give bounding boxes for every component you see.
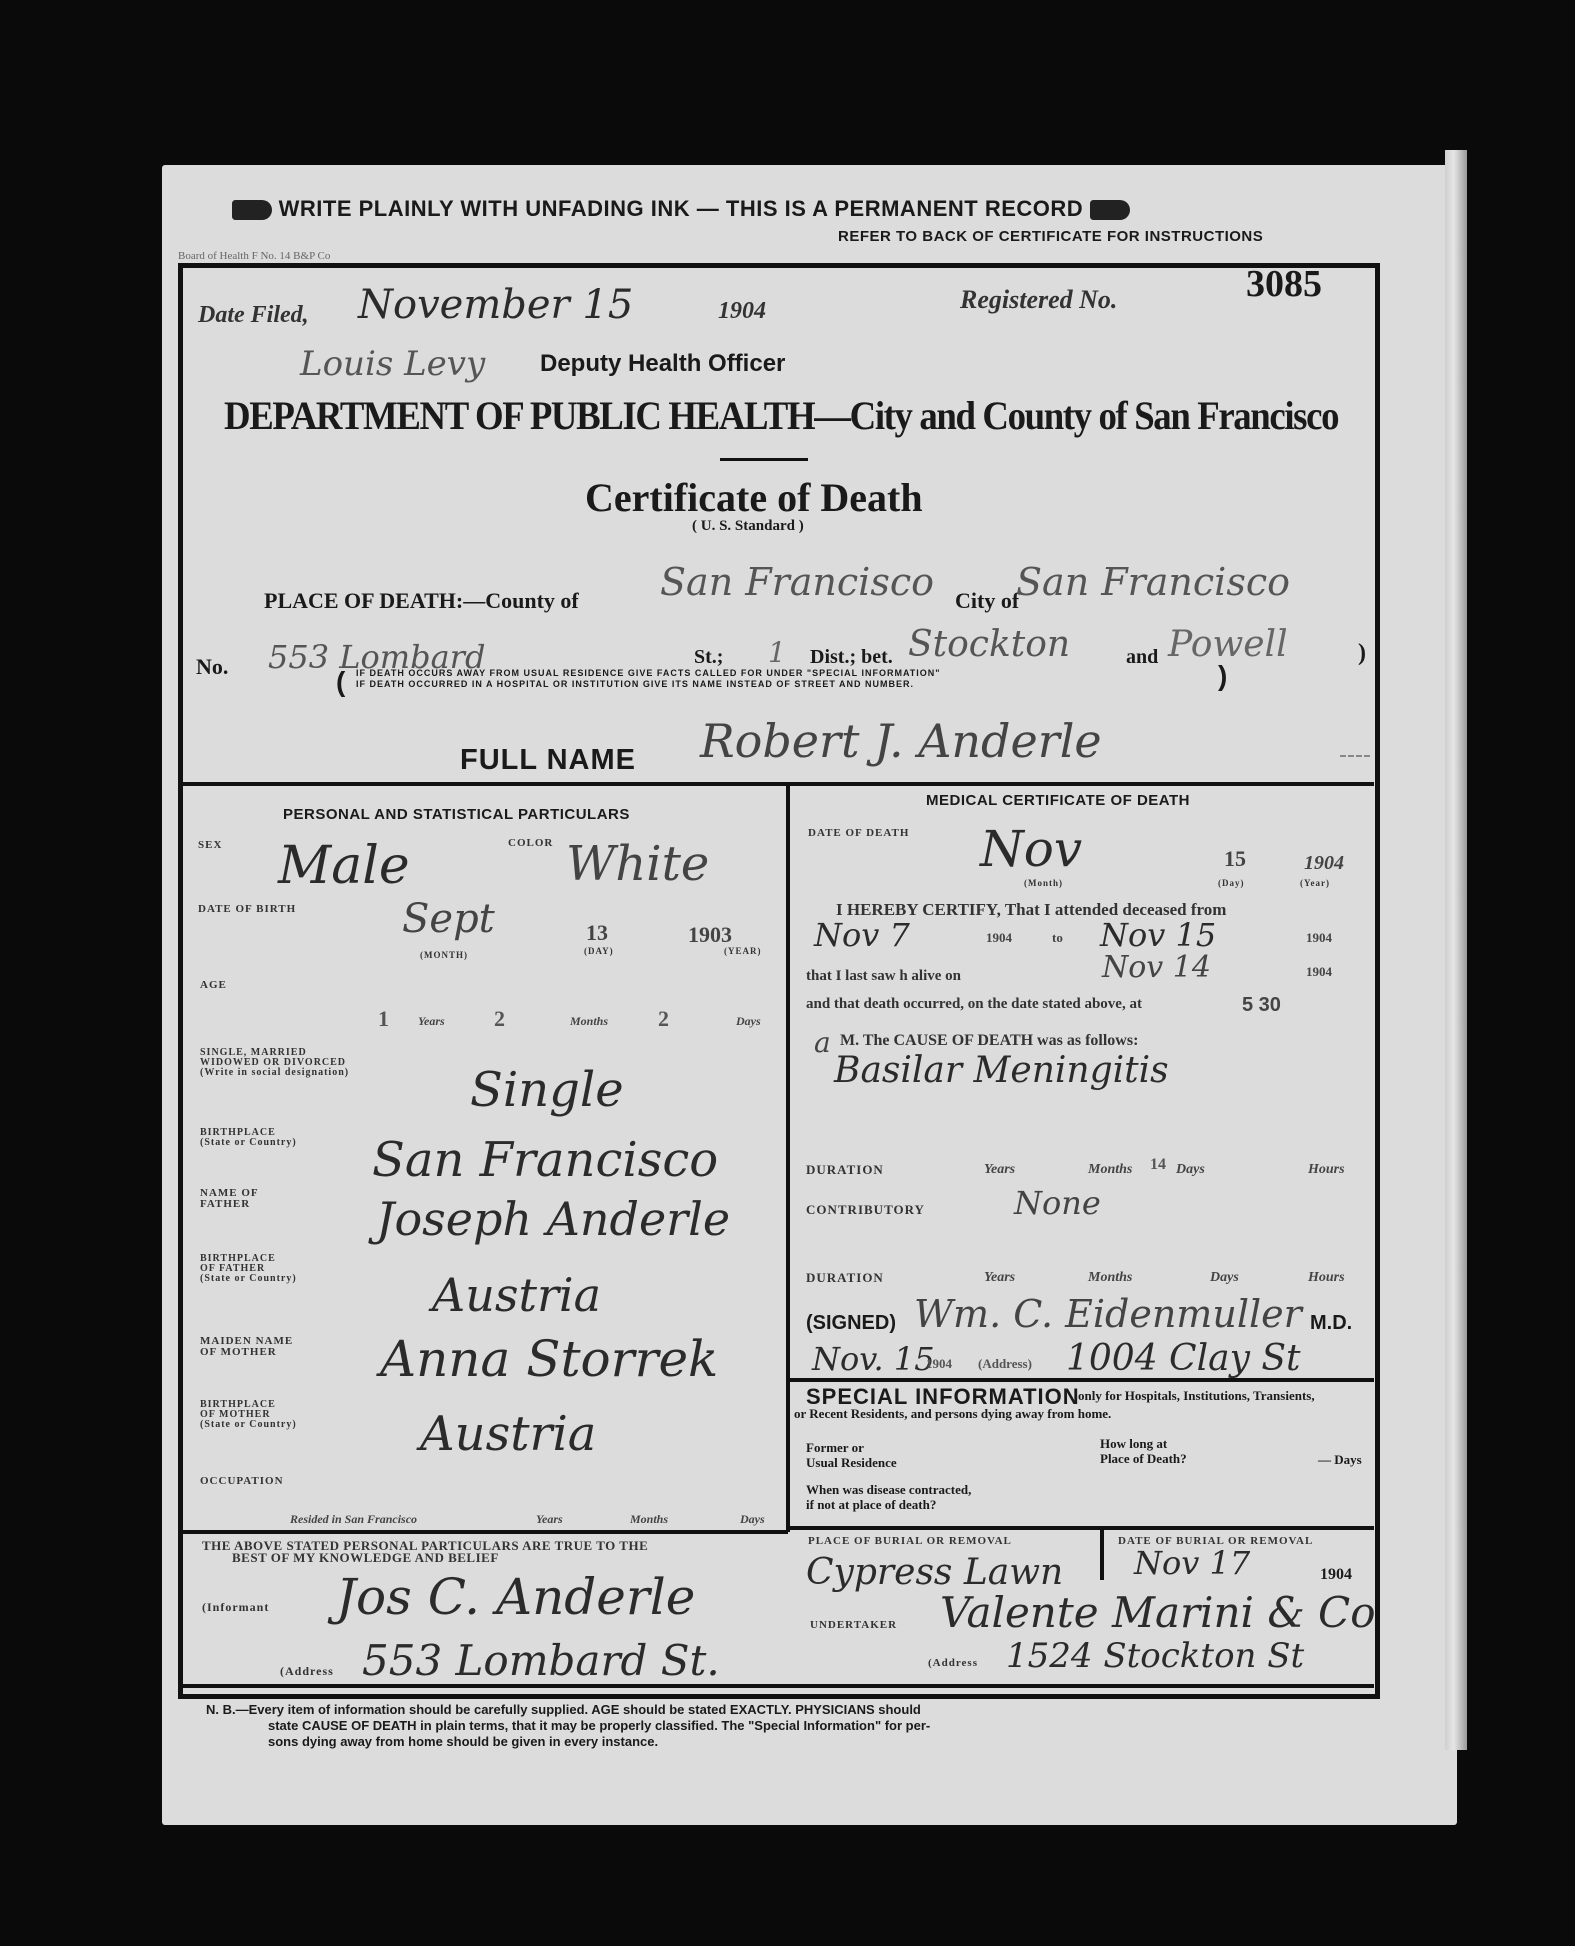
- special-info-subtitle-2: or Recent Residents, and persons dying a…: [794, 1406, 1111, 1422]
- dod-month-caption: (Month): [1024, 878, 1063, 889]
- former-residence-label: Former or Usual Residence: [806, 1440, 897, 1470]
- dob-year-caption: (Year): [724, 946, 762, 957]
- undertaker-label: UNDERTAKER: [810, 1620, 897, 1631]
- pointing-hand-icon: [232, 200, 272, 220]
- duration-years-label: Years: [984, 1162, 1015, 1178]
- mother-label: MAIDEN NAME OF MOTHER: [200, 1336, 293, 1358]
- place-of-death-label: PLACE OF DEATH:—County of: [264, 588, 579, 614]
- note-paren: (: [336, 666, 345, 698]
- birthplace-label: BIRTHPLACE (State or Country): [200, 1128, 297, 1148]
- marital-value: Single: [470, 1062, 624, 1118]
- printer-line: Board of Health F No. 14 B&P Co: [178, 250, 330, 262]
- undertaker-address-label: (Address: [928, 1658, 978, 1669]
- informant-address: 553 Lombard St.: [362, 1636, 720, 1685]
- how-long-label: How long at Place of Death?: [1100, 1436, 1187, 1466]
- close-paren: ): [1358, 640, 1366, 667]
- mother-birthplace: Austria: [420, 1406, 596, 1462]
- ink-instruction: WRITE PLAINLY WITH UNFADING INK — THIS I…: [232, 196, 1130, 222]
- district-value: 1: [768, 636, 786, 669]
- dob-day: 13: [586, 920, 608, 946]
- refer-back-note: REFER TO BACK OF CERTIFICATE FOR INSTRUC…: [838, 228, 1263, 245]
- registered-number: 3085: [1246, 262, 1322, 306]
- medical-section-title: MEDICAL CERTIFICATE OF DEATH: [926, 792, 1190, 809]
- age-label: AGE: [200, 980, 227, 991]
- physician-signature: Wm. C. Eidenmuller: [914, 1292, 1302, 1336]
- father-name: Joseph Anderle: [376, 1192, 730, 1246]
- father-birthplace: Austria: [432, 1268, 601, 1322]
- county-value: San Francisco: [660, 560, 934, 604]
- officer-title: Deputy Health Officer: [540, 350, 785, 378]
- dob-month-caption: (Month): [420, 950, 468, 961]
- special-info-subtitle-1: only for Hospitals, Institutions, Transi…: [1078, 1388, 1315, 1404]
- marital-label: SINGLE, MARRIED WIDOWED OR DIVORCED (Wri…: [200, 1048, 349, 1078]
- informant-statement: THE ABOVE STATED PERSONAL PARTICULARS AR…: [202, 1540, 648, 1564]
- sex-label: SEX: [198, 840, 222, 851]
- contracted-label: When was disease contracted, if not at p…: [806, 1482, 971, 1512]
- dob-label: DATE OF BIRTH: [198, 904, 296, 915]
- burial-column-divider: [1100, 1526, 1104, 1580]
- age-years: 1: [378, 1006, 389, 1032]
- duration-hours-label: Hours: [1308, 1162, 1345, 1178]
- full-name-value: Robert J. Anderle: [700, 714, 1102, 768]
- and-label: and: [1126, 646, 1158, 669]
- date-filed-value: November 15: [358, 282, 633, 328]
- how-long-unit: — Days: [1318, 1452, 1362, 1468]
- md-label: M.D.: [1310, 1312, 1352, 1335]
- city-label: City of: [955, 588, 1019, 614]
- dob-day-caption: (Day): [584, 946, 614, 957]
- certificate-subtitle: ( U. S. Standard ): [692, 518, 804, 535]
- between-street-1: Stockton: [908, 624, 1070, 665]
- duration2-label: DURATION: [806, 1272, 884, 1283]
- attended-to: Nov 15: [1100, 916, 1216, 954]
- burial-date: Nov 17: [1134, 1544, 1250, 1582]
- physician-address-label: (Address): [978, 1356, 1032, 1372]
- personal-section-title: PERSONAL AND STATISTICAL PARTICULARS: [283, 806, 630, 823]
- occurred-text: and that death occurred, on the date sta…: [806, 996, 1142, 1013]
- district-label: Dist.; bet.: [810, 646, 893, 669]
- informant-divider: [182, 1530, 788, 1534]
- informant-name: Jos C. Anderle: [336, 1568, 695, 1626]
- dod-month: Nov: [980, 820, 1082, 878]
- duration2-months-label: Months: [1088, 1270, 1132, 1286]
- resided-months: Months: [630, 1512, 668, 1527]
- undertaker-name: Valente Marini & Co: [940, 1588, 1375, 1637]
- registered-label: Registered No.: [960, 285, 1117, 315]
- dob-month: Sept: [402, 896, 495, 942]
- informant-address-label: (Address: [280, 1666, 334, 1677]
- signed-year: 1904: [926, 1356, 952, 1372]
- age-years-caption: Years: [418, 1014, 445, 1029]
- sex-value: Male: [278, 836, 410, 896]
- signed-label: (SIGNED): [806, 1312, 896, 1335]
- duration-label: DURATION: [806, 1164, 884, 1175]
- age-days-caption: Days: [736, 1014, 761, 1029]
- father-birthplace-label: BIRTHPLACE OF FATHER (State or Country): [200, 1254, 297, 1284]
- dod-day-caption: (Day): [1218, 878, 1245, 889]
- attended-to-year: 1904: [1306, 930, 1332, 946]
- color-value: White: [566, 836, 709, 892]
- duration-days: 14: [1150, 1156, 1166, 1174]
- duration-months-label: Months: [1088, 1162, 1132, 1178]
- divider: [720, 458, 808, 461]
- attended-from: Nov 7: [814, 916, 910, 954]
- informant-label: (Informant: [202, 1602, 269, 1613]
- meridian: a: [814, 1026, 831, 1059]
- note-paren-close: ): [1218, 660, 1227, 692]
- attended-from-year: 1904: [986, 930, 1012, 946]
- father-label: NAME OF FATHER: [200, 1188, 259, 1210]
- color-label: COLOR: [508, 838, 553, 849]
- section-divider: [182, 782, 1374, 786]
- cause-label: M. The CAUSE OF DEATH was as follows:: [840, 1032, 1138, 1050]
- burial-year: 1904: [1320, 1566, 1352, 1584]
- age-months: 2: [494, 1006, 505, 1032]
- street-label: St.;: [694, 646, 723, 669]
- resided-label: Resided in San Francisco: [290, 1512, 417, 1527]
- duration-days-label: Days: [1176, 1162, 1205, 1178]
- certificate-title: Certificate of Death: [585, 474, 923, 521]
- burial-place-label: PLACE OF BURIAL OR REMOVAL: [808, 1536, 1012, 1547]
- death-time: 5 30: [1242, 994, 1281, 1017]
- resided-days: Days: [740, 1512, 765, 1527]
- resided-years: Years: [536, 1512, 563, 1527]
- full-name-label: FULL NAME: [460, 744, 636, 777]
- duration2-years-label: Years: [984, 1270, 1015, 1286]
- date-filed-label: Date Filed,: [198, 302, 309, 329]
- page-edge: [1445, 150, 1467, 1750]
- burial-divider: [786, 1526, 1374, 1530]
- dob-year: 1903: [688, 922, 732, 948]
- officer-signature: Louis Levy: [300, 344, 485, 384]
- burial-place: Cypress Lawn: [806, 1552, 1063, 1593]
- column-divider: [786, 782, 790, 1532]
- residence-note: IF DEATH OCCURS AWAY FROM USUAL RESIDENC…: [356, 668, 941, 690]
- last-saw-year: 1904: [1306, 964, 1332, 980]
- footnote: N. B.—Every item of information should b…: [206, 1702, 930, 1750]
- last-saw-value: Nov 14: [1102, 950, 1211, 985]
- date-filed-year: 1904: [718, 298, 766, 325]
- duration2-hours-label: Hours: [1308, 1270, 1345, 1286]
- dod-year-caption: (Year): [1300, 878, 1330, 889]
- duration2-days-label: Days: [1210, 1270, 1239, 1286]
- between-street-2: Powell: [1168, 624, 1288, 665]
- dod-label: DATE OF DEATH: [808, 828, 909, 839]
- birthplace-value: San Francisco: [372, 1132, 718, 1188]
- special-divider: [786, 1378, 1374, 1382]
- contributory-value: None: [1014, 1184, 1101, 1222]
- pointing-hand-icon: [1090, 200, 1130, 220]
- occupation-label: OCCUPATION: [200, 1476, 284, 1487]
- department-title: DEPARTMENT OF PUBLIC HEALTH—City and Cou…: [224, 392, 1338, 439]
- street-no-label: No.: [196, 654, 228, 680]
- contributory-label: CONTRIBUTORY: [806, 1204, 925, 1215]
- age-months-caption: Months: [570, 1014, 608, 1029]
- to-label: to: [1052, 930, 1063, 946]
- undertaker-address: 1524 Stockton St: [1006, 1636, 1304, 1676]
- mother-name: Anna Storrek: [380, 1330, 718, 1388]
- mother-birthplace-label: BIRTHPLACE OF MOTHER (State or Country): [200, 1400, 297, 1430]
- signed-date: Nov. 15: [812, 1340, 935, 1378]
- dod-day: 15: [1224, 846, 1246, 872]
- cause-of-death: Basilar Meningitis: [834, 1050, 1169, 1091]
- age-days: 2: [658, 1006, 669, 1032]
- dod-year: 1904: [1304, 852, 1344, 875]
- bottom-border: [182, 1684, 1374, 1688]
- physician-address: 1004 Clay St: [1066, 1338, 1301, 1379]
- city-value: San Francisco: [1016, 560, 1290, 604]
- last-saw-label: that I last saw h alive on: [806, 968, 961, 985]
